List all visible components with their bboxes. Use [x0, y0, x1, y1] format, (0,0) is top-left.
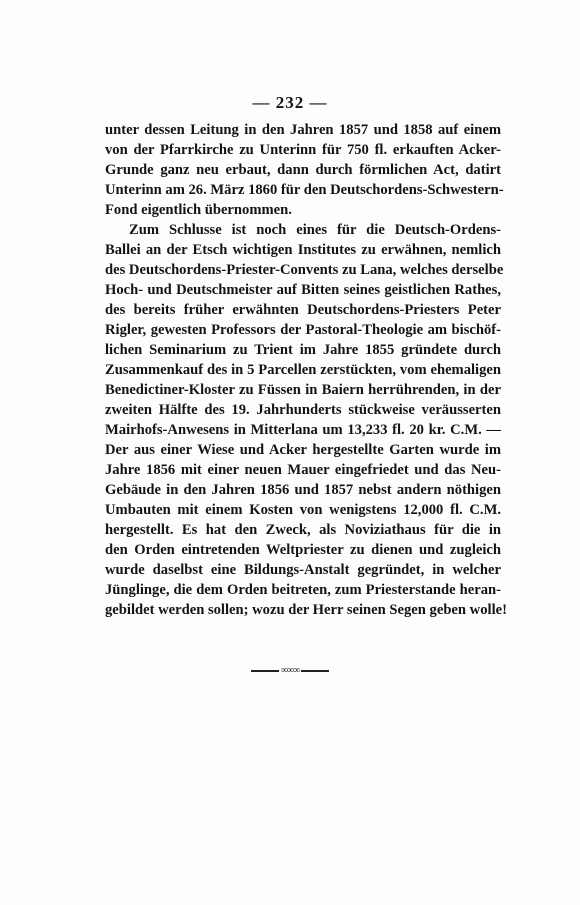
text-line: Ballei an der Etsch wichtigen Institutes…	[105, 240, 501, 260]
text-line: zweiten Hälfte des 19. Jahrhunderts stüc…	[105, 400, 501, 420]
text-line: Zusammenkauf des in 5 Parcellen zerstück…	[105, 360, 501, 380]
text-line: wurde daselbst eine Bildungs-Anstalt geg…	[105, 560, 501, 580]
paragraph: unter dessen Leitung in den Jahren 1857 …	[105, 120, 501, 220]
text-line: Benedictiner-Kloster zu Füssen in Baiern…	[105, 380, 501, 400]
text-line: Rigler, gewesten Professors der Pastoral…	[105, 320, 501, 340]
text-line: des bereits früher erwähnten Deutschorde…	[105, 300, 501, 320]
text-line: Unterinn am 26. März 1860 für den Deutsc…	[105, 180, 501, 200]
ornament-rule-left	[251, 670, 279, 672]
paragraph: Zum Schlusse ist noch eines für die Deut…	[105, 220, 501, 620]
page-number: — 232 —	[0, 93, 580, 113]
text-line: lichen Seminarium zu Trient im Jahre 185…	[105, 340, 501, 360]
text-block: unter dessen Leitung in den Jahren 1857 …	[105, 120, 501, 620]
text-line: hergestellt. Es hat den Zweck, als Noviz…	[105, 520, 501, 540]
text-line: Grunde ganz neu erbaut, dann durch förml…	[105, 160, 501, 180]
ornament-rule-right	[301, 670, 329, 672]
text-line: den Orden eintretenden Weltpriester zu d…	[105, 540, 501, 560]
text-line: Jünglinge, die dem Orden beitreten, zum …	[105, 580, 501, 600]
text-line: gebildet werden sollen; wozu der Herr se…	[105, 600, 501, 620]
text-line: Der aus einer Wiese und Acker hergestell…	[105, 440, 501, 460]
text-line: Zum Schlusse ist noch eines für die Deut…	[105, 220, 501, 240]
text-line: Gebäude in den Jahren 1856 und 1857 nebs…	[105, 480, 501, 500]
text-line: Jahre 1856 mit einer neuen Mauer eingefr…	[105, 460, 501, 480]
end-ornament: ∞∞∞	[240, 665, 340, 677]
text-line: Umbauten mit einem Kosten von wenigstens…	[105, 500, 501, 520]
decorative-knot-rule-icon: ∞∞∞	[279, 665, 301, 677]
text-line: Hoch- und Deutschmeister auf Bitten sein…	[105, 280, 501, 300]
text-line: Fond eigentlich übernommen.	[105, 200, 501, 220]
text-line: des Deutschordens-Priester-Convents zu L…	[105, 260, 501, 280]
text-line: Mairhofs-Anwesens in Mitterlana um 13,23…	[105, 420, 501, 440]
text-line: von der Pfarrkirche zu Unterinn für 750 …	[105, 140, 501, 160]
text-line: unter dessen Leitung in den Jahren 1857 …	[105, 120, 501, 140]
